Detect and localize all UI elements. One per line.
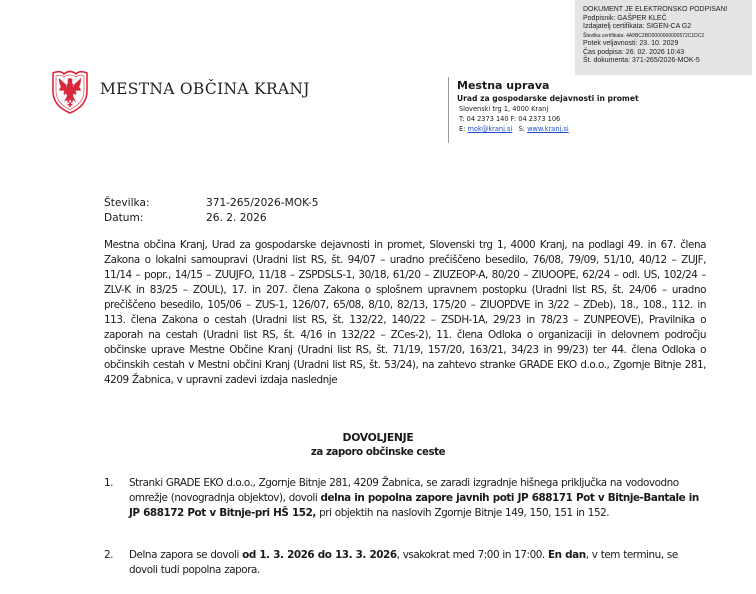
email-link[interactable]: mok@kranj.si — [467, 125, 512, 133]
item-text: , vsakokrat med 7:00 in 17:00. — [397, 549, 548, 561]
number-label: Številka: — [104, 196, 206, 211]
department-office: Urad za gospodarske dejavnosti in promet — [457, 93, 639, 104]
item-number: 1. — [104, 476, 113, 491]
electronic-signature-box: DOKUMENT JE ELEKTRONSKO PODPISAN! Podpis… — [575, 0, 752, 75]
department-contacts: E: mok@kranj.si S: www.kranj.si — [457, 124, 639, 134]
decision-subheading: za zaporo občinske ceste — [0, 445, 756, 460]
item-number: 2. — [104, 548, 113, 563]
department-address: Slovenski trg 1, 4000 Kranj — [457, 104, 639, 114]
decision-title: DOVOLJENJE za zaporo občinske ceste — [0, 430, 756, 460]
department-title: Mestna uprava — [457, 78, 639, 93]
organization-name: MESTNA OBČINA KRANJ — [100, 80, 310, 98]
web-label: S: — [512, 125, 527, 133]
list-item: 1. Stranki GRADE EKO d.o.o., Zgornje Bit… — [104, 476, 706, 521]
item-bold-text: od 1. 3. 2026 do 13. 3. 2026 — [242, 549, 396, 561]
date-value: 26. 2. 2026 — [206, 211, 267, 226]
item-bold-text: En dan — [548, 549, 586, 561]
document-meta: Številka: 371-265/2026-MOK-5 Datum: 26. … — [104, 196, 319, 226]
website-link[interactable]: www.kranj.si — [527, 125, 569, 133]
department-block: Mestna uprava Urad za gospodarske dejavn… — [448, 77, 639, 143]
list-item: 2. Delna zapora se dovoli od 1. 3. 2026 … — [104, 548, 706, 578]
item-text: Delna zapora se dovoli — [129, 549, 242, 561]
signature-signer: Podpisnik: GAŠPER KLEČ — [583, 15, 752, 24]
signature-issuer: Izdajatelj certifikata: SIGEN-CA G2 — [583, 23, 752, 32]
date-label: Datum: — [104, 211, 206, 226]
signature-cert-number: Številka certifikata: 4A9BC2BD0000000000… — [583, 32, 752, 40]
intro-paragraph: Mestna občina Kranj, Urad za gospodarske… — [104, 238, 706, 388]
number-value: 371-265/2026-MOK-5 — [206, 196, 319, 211]
signature-valid-until: Potek veljavnosti: 23. 10. 2029 — [583, 40, 752, 49]
decision-heading: DOVOLJENJE — [0, 430, 756, 445]
department-phone: T: 04 2373 140 F: 04 2373 106 — [457, 114, 639, 124]
signature-notice: DOKUMENT JE ELEKTRONSKO PODPISAN! — [583, 6, 752, 15]
coat-of-arms-eagle-icon — [50, 69, 90, 115]
item-text: pri objektih na naslovih Zgornje Bitnje … — [316, 507, 609, 519]
signature-doc-number: Št. dokumenta: 371-265/2026-MOK-5 — [583, 57, 752, 66]
